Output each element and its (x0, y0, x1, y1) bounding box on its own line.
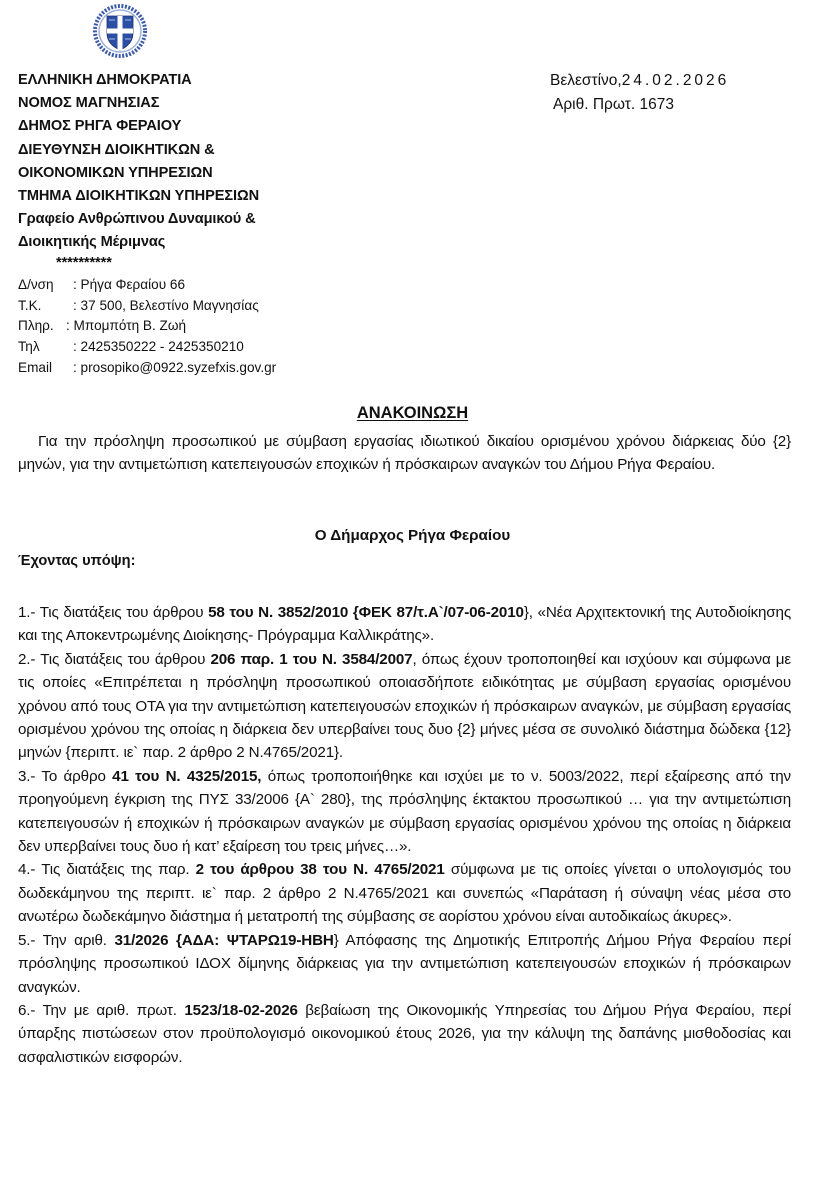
contact-value: : Μπομπότη Β. Ζωή (66, 316, 186, 337)
issuer-header: ΕΛΛΗΝΙΚΗ ΔΗΜΟΚΡΑΤΙΑ ΝΟΜΟΣ ΜΑΓΝΗΣΙΑΣ ΔΗΜΟ… (18, 69, 259, 271)
contact-label: Τηλ (18, 337, 73, 358)
contact-label: Δ/νση (18, 275, 73, 296)
contact-value: : 37 500, Βελεστίνο Μαγνησίας (73, 296, 259, 317)
header-line: ΔΗΜΟΣ ΡΗΓΑ ΦΕΡΑΙΟΥ (18, 115, 259, 138)
announcement-subject: Για την πρόσληψη προσωπικού με σύμβαση ε… (18, 430, 791, 477)
header-line: ΕΛΛΗΝΙΚΗ ΔΗΜΟΚΡΑΤΙΑ (18, 69, 259, 92)
list-item: 3.- Το άρθρο 41 του Ν. 4325/2015, όπως τ… (18, 765, 791, 859)
item-reference: 1523/18-02-2026 (184, 1002, 297, 1019)
header-line: ΤΜΗΜΑ ΔΙΟΙΚΗΤΙΚΩΝ ΥΠΗΡΕΣΙΩΝ (18, 185, 259, 208)
considering-heading: Έχοντας υπόψη: (18, 553, 135, 569)
contact-label: Τ.Κ. (18, 296, 73, 317)
contact-email: Email : prosopiko@0922.syzefxis.gov.gr (18, 358, 276, 379)
header-line: Γραφείο Ανθρώπινου Δυναμικού & (18, 208, 259, 231)
list-item: 6.- Την με αριθ. πρωτ. 1523/18-02-2026 β… (18, 999, 791, 1069)
header-separator: ********** (18, 255, 259, 271)
contact-info-person: Πληρ. : Μπομπότη Β. Ζωή (18, 316, 276, 337)
header-line: ΟΙΚΟΝΟΜΙΚΩΝ ΥΠΗΡΕΣΙΩΝ (18, 162, 259, 185)
list-item: 2.- Τις διατάξεις του άρθρου 206 παρ. 1 … (18, 648, 791, 765)
contact-value: : Ρήγα Φεραίου 66 (73, 275, 185, 296)
header-line: Διοικητικής Μέριμνας (18, 231, 259, 254)
contact-value: : 2425350222 - 2425350210 (73, 337, 244, 358)
contact-label: Email (18, 358, 73, 379)
list-item: 4.- Τις διατάξεις της παρ. 2 του άρθρου … (18, 858, 791, 928)
contact-phone: Τηλ : 2425350222 - 2425350210 (18, 337, 276, 358)
protocol-number: Αριθ. Πρωτ. 1673 (550, 93, 729, 117)
header-line: ΔΙΕΥΘΥΝΣΗ ΔΙΟΙΚΗΤΙΚΩΝ & (18, 139, 259, 162)
item-reference: 2 του άρθρου 38 του Ν. 4765/2021 (196, 861, 445, 878)
header-line: ΝΟΜΟΣ ΜΑΓΝΗΣΙΑΣ (18, 92, 259, 115)
item-reference: 41 του Ν. 4325/2015, (112, 768, 261, 785)
contact-address: Δ/νση : Ρήγα Φεραίου 66 (18, 275, 276, 296)
item-reference: 206 παρ. 1 του Ν. 3584/2007 (210, 651, 412, 668)
list-item: 1.- Τις διατάξεις του άρθρου 58 του Ν. 3… (18, 601, 791, 648)
announcement-title: ΑΝΑΚΟΙΝΩΣΗ (0, 404, 825, 423)
greek-coat-of-arms-icon (92, 3, 148, 59)
date: 24.02.2026 (622, 72, 730, 89)
date-protocol-block: Βελεστίνο,24.02.2026 Αριθ. Πρωτ. 1673 (550, 69, 729, 117)
mayor-heading: Ο Δήμαρχος Ρήγα Φεραίου (0, 527, 825, 544)
document-page: ΕΛΛΗΝΙΚΗ ΔΗΜΟΚΡΑΤΙΑ ΝΟΜΟΣ ΜΑΓΝΗΣΙΑΣ ΔΗΜΟ… (0, 0, 825, 1200)
contact-postcode: Τ.Κ. : 37 500, Βελεστίνο Μαγνησίας (18, 296, 276, 317)
place: Βελεστίνο, (550, 72, 622, 89)
contact-label: Πληρ. (18, 316, 66, 337)
contact-block: Δ/νση : Ρήγα Φεραίου 66 Τ.Κ. : 37 500, Β… (18, 275, 276, 379)
item-reference: 31/2026 {ΑΔΑ: ΨΤΑΡΩ19-ΗΒΗ (115, 932, 334, 949)
item-reference: 58 του Ν. 3852/2010 {ΦΕΚ 87/τ.Α`/07-06-2… (208, 604, 524, 621)
contact-email-value[interactable]: : prosopiko@0922.syzefxis.gov.gr (73, 358, 276, 379)
list-item: 5.- Την αριθ. 31/2026 {ΑΔΑ: ΨΤΑΡΩ19-ΗΒΗ}… (18, 929, 791, 999)
legal-basis-list: 1.- Τις διατάξεις του άρθρου 58 του Ν. 3… (18, 601, 791, 1069)
